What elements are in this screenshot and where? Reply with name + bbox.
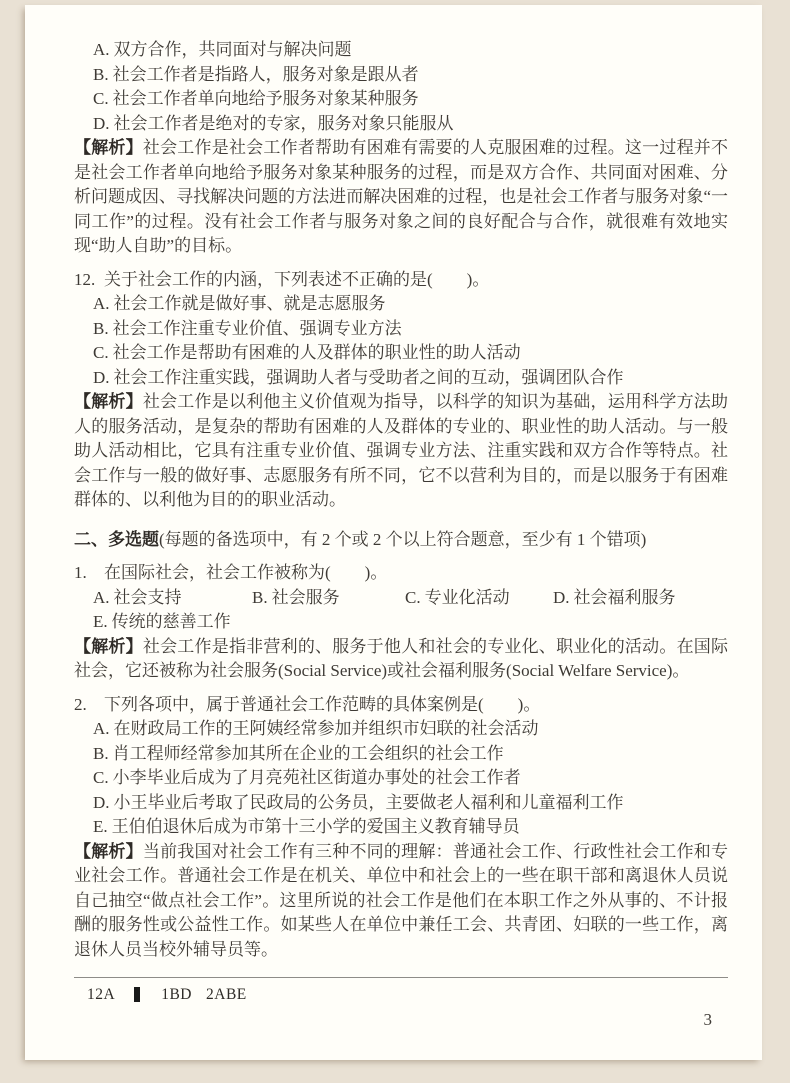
option-text: 肖工程师经常参加其所在企业的工会组织的社会工作 — [113, 742, 504, 767]
answer-key-multi-q2: 2ABE — [206, 986, 247, 1003]
option-D: D.小王毕业后考取了民政局的公务员，主要做老人福利和儿童福利工作 — [74, 791, 728, 816]
option-letter: B. — [93, 63, 109, 88]
option-letter: D. — [93, 791, 110, 816]
option-text: 社会工作者是绝对的专家，服务对象只能服从 — [114, 112, 454, 137]
section-title: 二、多选题 — [74, 530, 159, 549]
question: 2.下列各项中，属于普通社会工作范畴的具体案例是( )。 — [74, 693, 728, 718]
option-text: 社会工作注重实践，强调助人者与受助者之间的互动，强调团队合作 — [114, 366, 624, 391]
answer-key-separator-bar — [134, 987, 140, 1002]
section-header: 二、多选题(每题的备选项中，有 2 个或 2 个以上符合题意，至少有 1 个错项… — [74, 528, 728, 553]
option-E: E.传统的慈善工作 — [74, 610, 728, 635]
question-number: 2. — [74, 693, 104, 718]
option-C: C.社会工作是帮助有困难的人及群体的职业性的助人活动 — [74, 341, 728, 366]
options-list: A.在财政局工作的王阿姨经常参加并组织市妇联的社会活动B.肖工程师经常参加其所在… — [74, 717, 728, 840]
option-text: 王伯伯退休后成为市第十三小学的爱国主义教育辅导员 — [112, 815, 520, 840]
question-number: 12. — [74, 268, 104, 293]
options-list: E.传统的慈善工作 — [74, 610, 728, 635]
scanned-book-page: { "colors": { "border_background": "#e9e… — [0, 0, 790, 1083]
option-letter: D. — [93, 366, 110, 391]
option-D: D.社会工作者是绝对的专家，服务对象只能服从 — [74, 112, 728, 137]
option-E: E.王伯伯退休后成为市第十三小学的爱国主义教育辅导员 — [74, 815, 728, 840]
options-list: A.双方合作，共同面对与解决问题B.社会工作者是指路人，服务对象是跟从者C.社会… — [74, 38, 728, 136]
option-letter: C. — [93, 87, 109, 112]
question: 12.关于社会工作的内涵，下列表述不正确的是( )。 — [74, 268, 728, 293]
option-letter: E. — [93, 815, 108, 840]
option-text: 社会工作是帮助有困难的人及群体的职业性的助人活动 — [113, 341, 521, 366]
option-text: 传统的慈善工作 — [112, 610, 231, 635]
analysis-text: 当前我国对社会工作有三种不同的理解：普通社会工作、行政性社会工作和专业社会工作。… — [74, 842, 728, 959]
options-list: A.社会支持B.社会服务C.专业化活动D.社会福利服务 — [74, 586, 728, 611]
analysis-label: 【解析】 — [74, 842, 143, 861]
page-number: 3 — [704, 1010, 713, 1030]
analysis-text: 社会工作是指非营利的、服务于他人和社会的专业化、职业化的活动。在国际社会，它还被… — [74, 637, 728, 681]
question: 1.在国际社会，社会工作被称为( )。 — [74, 561, 728, 586]
analysis-text: 社会工作是以利他主义价值观为指导，以科学的知识为基础，运用科学方法助人的服务活动… — [74, 392, 728, 509]
option-C: C.专业化活动 — [405, 586, 553, 611]
analysis-text: 社会工作是社会工作者帮助有困难有需要的人克服困难的过程。这一过程并不是社会工作者… — [74, 138, 728, 255]
option-text: 社会福利服务 — [574, 586, 676, 611]
option-text: 专业化活动 — [425, 586, 510, 611]
option-text: 小李毕业后成为了月亮苑社区街道办事处的社会工作者 — [113, 766, 521, 791]
option-B: B.肖工程师经常参加其所在企业的工会组织的社会工作 — [74, 742, 728, 767]
option-letter: E. — [93, 610, 108, 635]
question-text: 在国际社会，社会工作被称为( )。 — [104, 561, 728, 586]
analysis-paragraph: 【解析】社会工作是以利他主义价值观为指导，以科学的知识为基础，运用科学方法助人的… — [74, 390, 728, 513]
option-text: 在财政局工作的王阿姨经常参加并组织市妇联的社会活动 — [114, 717, 539, 742]
answer-key-multi-q1: 1BD — [161, 986, 192, 1003]
option-text: 社会工作注重专业价值、强调专业方法 — [113, 317, 402, 342]
question-text: 关于社会工作的内涵，下列表述不正确的是( )。 — [104, 268, 728, 293]
option-A: A.双方合作，共同面对与解决问题 — [74, 38, 728, 63]
analysis-label: 【解析】 — [74, 138, 143, 157]
option-B: B.社会服务 — [252, 586, 405, 611]
option-B: B.社会工作者是指路人，服务对象是跟从者 — [74, 63, 728, 88]
option-letter: B. — [93, 742, 109, 767]
option-letter: C. — [93, 766, 109, 791]
option-C: C.小李毕业后成为了月亮苑社区街道办事处的社会工作者 — [74, 766, 728, 791]
option-C: C.社会工作者单向地给予服务对象某种服务 — [74, 87, 728, 112]
option-letter: C. — [93, 341, 109, 366]
option-B: B.社会工作注重专业价值、强调专业方法 — [74, 317, 728, 342]
option-text: 社会服务 — [272, 586, 340, 611]
option-letter: D. — [553, 586, 570, 611]
question-number: 1. — [74, 561, 104, 586]
option-letter: D. — [93, 112, 110, 137]
page-content: A.双方合作，共同面对与解决问题B.社会工作者是指路人，服务对象是跟从者C.社会… — [74, 38, 728, 962]
section-note: (每题的备选项中，有 2 个或 2 个以上符合题意，至少有 1 个错项) — [159, 530, 646, 549]
options-list: A.社会工作就是做好事、就是志愿服务B.社会工作注重专业价值、强调专业方法C.社… — [74, 292, 728, 390]
analysis-label: 【解析】 — [74, 637, 143, 656]
option-text: 社会工作者单向地给予服务对象某种服务 — [113, 87, 419, 112]
analysis-paragraph: 【解析】社会工作是指非营利的、服务于他人和社会的专业化、职业化的活动。在国际社会… — [74, 635, 728, 684]
answer-key-row: 12A 1BD 2ABE — [74, 986, 728, 1003]
option-letter: A. — [93, 292, 110, 317]
option-D: D.社会福利服务 — [553, 586, 728, 611]
option-letter: C. — [405, 586, 421, 611]
analysis-paragraph: 【解析】社会工作是社会工作者帮助有困难有需要的人克服困难的过程。这一过程并不是社… — [74, 136, 728, 259]
analysis-paragraph: 【解析】当前我国对社会工作有三种不同的理解：普通社会工作、行政性社会工作和专业社… — [74, 840, 728, 963]
option-A: A.在财政局工作的王阿姨经常参加并组织市妇联的社会活动 — [74, 717, 728, 742]
answer-key-q12: 12A — [87, 986, 115, 1003]
page: A.双方合作，共同面对与解决问题B.社会工作者是指路人，服务对象是跟从者C.社会… — [25, 5, 762, 1060]
option-letter: A. — [93, 38, 110, 63]
option-text: 双方合作，共同面对与解决问题 — [114, 38, 352, 63]
option-letter: A. — [93, 586, 110, 611]
option-text: 小王毕业后考取了民政局的公务员，主要做老人福利和儿童福利工作 — [114, 791, 624, 816]
option-A: A.社会工作就是做好事、就是志愿服务 — [74, 292, 728, 317]
option-text: 社会支持 — [114, 586, 182, 611]
answer-key-footer: 12A 1BD 2ABE — [74, 977, 728, 1003]
option-A: A.社会支持 — [93, 586, 252, 611]
option-D: D.社会工作注重实践，强调助人者与受助者之间的互动，强调团队合作 — [74, 366, 728, 391]
option-text: 社会工作就是做好事、就是志愿服务 — [114, 292, 386, 317]
question-text: 下列各项中，属于普通社会工作范畴的具体案例是( )。 — [104, 693, 728, 718]
analysis-label: 【解析】 — [74, 392, 143, 411]
option-letter: B. — [93, 317, 109, 342]
option-text: 社会工作者是指路人，服务对象是跟从者 — [113, 63, 419, 88]
option-letter: A. — [93, 717, 110, 742]
option-letter: B. — [252, 586, 268, 611]
